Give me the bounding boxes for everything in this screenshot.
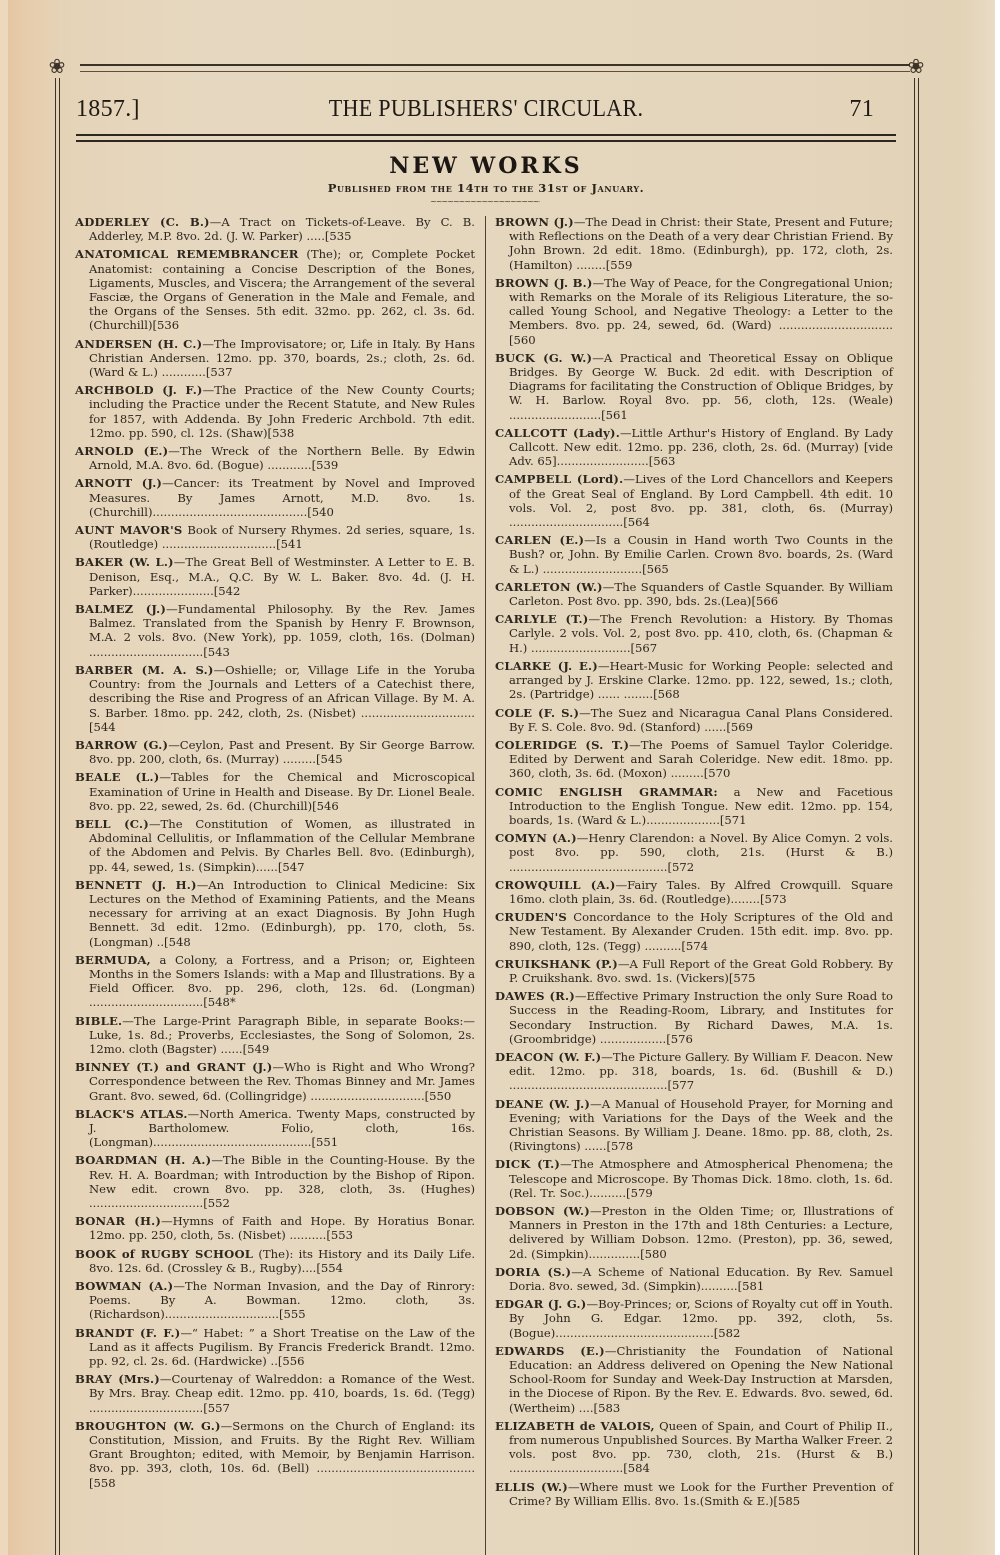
catalogue-entry: BLACK'S ATLAS.—North America. Twenty Map… <box>75 1107 475 1150</box>
catalogue-entry: ARNOLD (E.)—The Wreck of the Northern Be… <box>75 444 475 472</box>
entry-author-heading: EDWARDS (E.) <box>495 1344 605 1358</box>
entry-reference-number: [584 <box>623 1461 650 1475</box>
entry-author-heading: DOBSON (W.) <box>495 1204 590 1218</box>
catalogue-entry: CARLYLE (T.)—The French Revolution: a Hi… <box>495 612 893 655</box>
entry-reference-number: [548* <box>203 995 235 1009</box>
entry-author-heading: BEALE (L.) <box>75 770 159 784</box>
catalogue-entry: COMIC ENGLISH GRAMMAR: a New and Facetio… <box>495 785 893 828</box>
entry-author-heading: ARNOTT (J.) <box>75 476 162 490</box>
entry-reference-number: [561 <box>601 408 628 422</box>
entry-reference-number: [560 <box>509 333 536 347</box>
entry-author-heading: EDGAR (J. G.) <box>495 1297 586 1311</box>
entry-author-heading: CLARKE (J. E.) <box>495 659 598 673</box>
catalogue-entry: DICK (T.)—The Atmosphere and Atmospheric… <box>495 1157 893 1200</box>
entry-author-heading: BUCK (G. W.) <box>495 351 592 365</box>
entry-reference-number: [537 <box>206 365 233 379</box>
entry-author-heading: DEANE (W. J.) <box>495 1097 590 1111</box>
catalogue-entry: BRANDT (F. F.)—“ Habet: ” a Short Treati… <box>75 1326 475 1369</box>
entry-author-heading: ADDERLEY (C. B.) <box>75 215 210 229</box>
entry-reference-number: [547 <box>278 860 305 874</box>
book-page: ❀ ❀ 1857.] THE PUBLISHERS' CIRCULAR. 71 … <box>0 0 995 1555</box>
entry-reference-number: [549 <box>243 1042 270 1056</box>
entry-author-heading: BIBLE. <box>75 1014 122 1028</box>
page-edge <box>0 0 8 1555</box>
entry-author-heading: BROUGHTON (W. G.) <box>75 1419 221 1433</box>
entry-author-heading: BINNEY (T.) and GRANT (J.) <box>75 1060 272 1074</box>
running-head-title: THE PUBLISHERS' CIRCULAR. <box>109 92 863 126</box>
catalogue-entry: BOARDMAN (H. A.)—The Bible in the Counti… <box>75 1153 475 1210</box>
entry-reference-number: [543 <box>203 645 230 659</box>
entry-description: —The Atmosphere and Atmospherical Phenom… <box>509 1157 893 1199</box>
right-column: BROWN (J.)—The Dead in Christ: their Sta… <box>495 215 893 1512</box>
entry-reference-number: [558 <box>89 1476 116 1490</box>
entry-reference-number: [574 <box>681 939 708 953</box>
entry-author-heading: CALLCOTT (Lady). <box>495 426 620 440</box>
column-divider <box>485 216 486 1555</box>
catalogue-entry: BERMUDA, a Colony, a Fortress, and a Pri… <box>75 953 475 1010</box>
entry-author-heading: ELIZABETH de VALOIS, <box>495 1419 655 1433</box>
entry-author-heading: BLACK'S ATLAS. <box>75 1107 188 1121</box>
catalogue-entry: BOWMAN (A.)—The Norman Invasion, and the… <box>75 1279 475 1322</box>
catalogue-entry: BONAR (H.)—Hymns of Faith and Hope. By H… <box>75 1214 475 1242</box>
catalogue-entry: BROWN (J.)—The Dead in Christ: their Sta… <box>495 215 893 272</box>
entry-reference-number: [565 <box>642 562 669 576</box>
catalogue-entry: BALMEZ (J.)—Fundamental Philosophy. By t… <box>75 602 475 659</box>
catalogue-entry: BROUGHTON (W. G.)—Sermons on the Church … <box>75 1419 475 1490</box>
entry-author-heading: CROWQUILL (A.) <box>495 878 616 892</box>
catalogue-entry: CRUIKSHANK (P.)—A Full Report of the Gre… <box>495 957 893 985</box>
entry-reference-number: [557 <box>203 1401 230 1415</box>
entry-reference-number: [544 <box>89 720 116 734</box>
left-column: ADDERLEY (C. B.)—A Tract on Tickets-of-L… <box>75 215 475 1494</box>
entry-author-heading: BONAR (H.) <box>75 1214 161 1228</box>
catalogue-entry: ELLIS (W.)—Where must we Look for the Fu… <box>495 1480 893 1508</box>
entry-author-heading: BOWMAN (A.) <box>75 1279 173 1293</box>
section-subtitle: Published from the 14th to the 31st of J… <box>76 181 896 195</box>
entry-author-heading: CARLYLE (T.) <box>495 612 588 626</box>
catalogue-entry: BENNETT (J. H.)—An Introduction to Clini… <box>75 878 475 949</box>
catalogue-entry: BELL (C.)—The Constitution of Women, as … <box>75 817 475 874</box>
catalogue-entry: CLARKE (J. E.)—Heart-Music for Working P… <box>495 659 893 702</box>
entry-author-heading: DEACON (W. F.) <box>495 1050 601 1064</box>
entry-reference-number: [554 <box>316 1261 343 1275</box>
entry-author-heading: BARBER (M. A. S.) <box>75 663 214 677</box>
entry-author-heading: AUNT MAVOR'S <box>75 523 182 537</box>
catalogue-entry: ARCHBOLD (J. F.)—The Practice of the New… <box>75 383 475 440</box>
catalogue-entry: DEACON (W. F.)—The Picture Gallery. By W… <box>495 1050 893 1093</box>
entry-author-heading: BERMUDA, <box>75 953 151 967</box>
catalogue-entry: BUCK (G. W.)—A Practical and Theoretical… <box>495 351 893 422</box>
entry-author-heading: DICK (T.) <box>495 1157 560 1171</box>
entry-author-heading: COMIC ENGLISH GRAMMAR: <box>495 785 718 799</box>
entry-reference-number: [567 <box>631 641 658 655</box>
entry-reference-number: [573 <box>760 892 787 906</box>
entry-author-heading: ANDERSEN (H. C.) <box>75 337 202 351</box>
entry-author-heading: BRANDT (F. F.) <box>75 1326 180 1340</box>
entry-author-heading: ARNOLD (E.) <box>75 444 168 458</box>
header-double-rule <box>76 134 896 142</box>
entry-author-heading: COMYN (A.) <box>495 831 577 845</box>
catalogue-entry: ANATOMICAL REMEMBRANCER (The); or, Compl… <box>75 247 475 332</box>
entry-author-heading: BOOK of RUGBY SCHOOL <box>75 1247 253 1261</box>
entry-reference-number: [563 <box>649 454 676 468</box>
entry-author-heading: DORIA (S.) <box>495 1265 571 1279</box>
entry-author-heading: CRUIKSHANK (P.) <box>495 957 618 971</box>
entry-reference-number: [570 <box>704 766 731 780</box>
entry-reference-number: [550 <box>425 1089 452 1103</box>
running-head: 1857.] THE PUBLISHERS' CIRCULAR. 71 <box>76 92 896 126</box>
entry-reference-number: [577 <box>667 1078 694 1092</box>
entry-author-heading: ANATOMICAL REMEMBRANCER <box>75 247 299 261</box>
entry-reference-number: [568 <box>653 687 680 701</box>
catalogue-entry: AUNT MAVOR'S Book of Nursery Rhymes. 2d … <box>75 523 475 551</box>
entry-author-heading: BROWN (J. B.) <box>495 276 593 290</box>
catalogue-entry: DEANE (W. J.)—A Manual of Household Pray… <box>495 1097 893 1154</box>
entry-author-heading: BARROW (G.) <box>75 738 168 752</box>
entry-reference-number: [576 <box>666 1032 693 1046</box>
entry-reference-number: [545 <box>316 752 343 766</box>
right-border-rule <box>914 78 919 1555</box>
entry-reference-number: [551 <box>311 1135 338 1149</box>
entry-author-heading: BROWN (J.) <box>495 215 574 229</box>
entry-reference-number: [583 <box>594 1401 621 1415</box>
top-border-rule <box>80 64 910 72</box>
entry-reference-number: [536 <box>152 318 179 332</box>
catalogue-entry: CAMPBELL (Lord).—Lives of the Lord Chanc… <box>495 472 893 529</box>
entry-reference-number: [542 <box>214 584 241 598</box>
entry-author-heading: CRUDEN'S <box>495 910 567 924</box>
entry-reference-number: [538 <box>268 426 295 440</box>
entry-reference-number: [556 <box>278 1354 305 1368</box>
catalogue-entry: BINNEY (T.) and GRANT (J.)—Who is Right … <box>75 1060 475 1103</box>
catalogue-entry: DAWES (R.)—Effective Primary Instruction… <box>495 989 893 1046</box>
entry-reference-number: [581 <box>738 1279 765 1293</box>
catalogue-entry: ARNOTT (J.)—Cancer: its Treatment by Nov… <box>75 476 475 519</box>
catalogue-entry: ADDERLEY (C. B.)—A Tract on Tickets-of-L… <box>75 215 475 243</box>
entry-reference-number: [539 <box>312 458 339 472</box>
catalogue-entry: BROWN (J. B.)—The Way of Peace, for the … <box>495 276 893 347</box>
section-title: NEW WORKS <box>76 153 896 179</box>
entry-reference-number: [540 <box>307 505 334 519</box>
catalogue-entry: BRAY (Mrs.)—Courtenay of Walreddon: a Ro… <box>75 1372 475 1415</box>
catalogue-entry: BEALE (L.)—Tables for the Chemical and M… <box>75 770 475 813</box>
entry-reference-number: [575 <box>729 971 756 985</box>
entry-author-heading: BRAY (Mrs.) <box>75 1372 160 1386</box>
entry-reference-number: [535 <box>325 229 352 243</box>
catalogue-entry: BARROW (G.)—Ceylon, Past and Present. By… <box>75 738 475 766</box>
catalogue-entry: DOBSON (W.)—Preston in the Olden Time; o… <box>495 1204 893 1261</box>
entry-description: —The Large-Print Paragraph Bible, in sep… <box>89 1014 475 1056</box>
entry-author-heading: BENNETT (J. H.) <box>75 878 197 892</box>
catalogue-entry: COMYN (A.)—Henry Clarendon: a Novel. By … <box>495 831 893 874</box>
catalogue-entry: DORIA (S.)—A Scheme of National Educatio… <box>495 1265 893 1293</box>
entry-author-heading: BALMEZ (J.) <box>75 602 166 616</box>
entry-reference-number: [541 <box>276 537 303 551</box>
catalogue-entry: CROWQUILL (A.)—Fairy Tales. By Alfred Cr… <box>495 878 893 906</box>
entry-reference-number: [572 <box>667 860 694 874</box>
entry-author-heading: CARLEN (E.) <box>495 533 584 547</box>
entry-reference-number: [559 <box>606 258 633 272</box>
catalogue-entry: CARLETON (W.)—The Squanders of Castle Sq… <box>495 580 893 608</box>
corner-ornament-icon: ❀ <box>46 55 68 77</box>
catalogue-entry: COLE (F. S.)—The Suez and Nicaragua Cana… <box>495 706 893 734</box>
entry-reference-number: [548 <box>164 935 191 949</box>
entry-author-heading: ELLIS (W.) <box>495 1480 568 1494</box>
catalogue-entry: CRUDEN'S Concordance to the Holy Scriptu… <box>495 910 893 953</box>
entry-reference-number: [579 <box>626 1186 653 1200</box>
catalogue-entry: COLERIDGE (S. T.)—The Poems of Samuel Ta… <box>495 738 893 781</box>
catalogue-entry: BOOK of RUGBY SCHOOL (The): its History … <box>75 1247 475 1275</box>
entry-reference-number: [569 <box>726 720 753 734</box>
catalogue-entry: CARLEN (E.)—Is a Cousin in Hand worth Tw… <box>495 533 893 576</box>
catalogue-entry: BARBER (M. A. S.)—Oshielle; or, Village … <box>75 663 475 734</box>
entry-reference-number: [578 <box>606 1139 633 1153</box>
entry-reference-number: [564 <box>623 515 650 529</box>
page-number: 71 <box>849 92 874 126</box>
entry-author-heading: BOARDMAN (H. A.) <box>75 1153 211 1167</box>
wavy-divider: ~~~~~~~~~~~~~~~~~~~~~ <box>430 199 540 205</box>
catalogue-entry: ANDERSEN (H. C.)—The Improvisatore; or, … <box>75 337 475 380</box>
entry-reference-number: [546 <box>312 799 339 813</box>
entry-reference-number: [585 <box>773 1494 800 1508</box>
entry-reference-number: [571 <box>720 813 747 827</box>
entry-author-heading: CAMPBELL (Lord). <box>495 472 623 486</box>
entry-author-heading: COLERIDGE (S. T.) <box>495 738 629 752</box>
entry-reference-number: [580 <box>640 1247 667 1261</box>
entry-reference-number: [552 <box>203 1196 230 1210</box>
catalogue-entry: ELIZABETH de VALOIS, Queen of Spain, and… <box>495 1419 893 1476</box>
catalogue-entry: EDWARDS (E.)—Christianity the Foundation… <box>495 1344 893 1415</box>
catalogue-entry: BAKER (W. L.)—The Great Bell of Westmins… <box>75 555 475 598</box>
entry-author-heading: BELL (C.) <box>75 817 149 831</box>
entry-author-heading: CARLETON (W.) <box>495 580 603 594</box>
entry-reference-number: [566 <box>751 594 778 608</box>
entry-reference-number: [555 <box>279 1307 306 1321</box>
catalogue-entry: CALLCOTT (Lady).—Little Arthur's History… <box>495 426 893 469</box>
entry-author-heading: BAKER (W. L.) <box>75 555 174 569</box>
entry-author-heading: ARCHBOLD (J. F.) <box>75 383 203 397</box>
entry-reference-number: [582 <box>714 1326 741 1340</box>
left-border-rule <box>55 78 60 1555</box>
entry-author-heading: DAWES (R.) <box>495 989 575 1003</box>
catalogue-entry: BIBLE.—The Large-Print Paragraph Bible, … <box>75 1014 475 1057</box>
catalogue-entry: EDGAR (J. G.)—Boy-Princes; or, Scions of… <box>495 1297 893 1340</box>
entry-reference-number: [553 <box>326 1228 353 1242</box>
entry-author-heading: COLE (F. S.) <box>495 706 579 720</box>
